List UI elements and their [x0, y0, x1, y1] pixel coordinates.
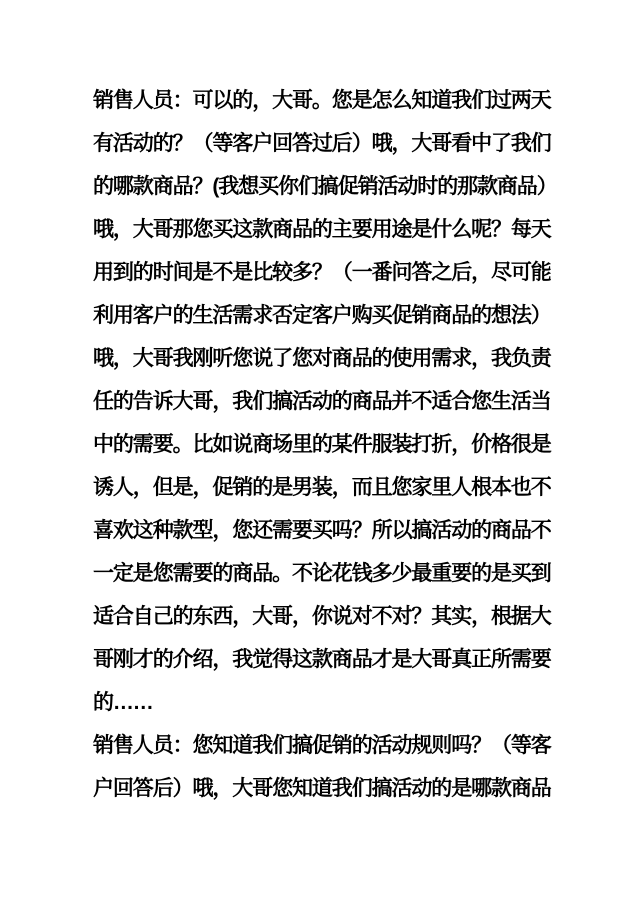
text-line: 利用客户的生活需求否定客户购买促销商品的想法）	[93, 294, 548, 337]
text-line: 中的需要。比如说商场里的某件服装打折，价格很是	[93, 423, 548, 466]
text-line: 喜欢这种款型，您还需要买吗？所以搞活动的商品不	[93, 509, 548, 552]
text-line: 有活动的？（等客户回答过后）哦，大哥看中了我们	[93, 122, 548, 165]
text-line: 的哪款商品？(我想买你们搞促销活动时的那款商品）	[93, 165, 548, 208]
text-line: 哦，大哥那您买这款商品的主要用途是什么呢？每天	[93, 208, 548, 251]
document-page: 销售人员：可以的，大哥。您是怎么知道我们过两天 有活动的？（等客户回答过后）哦，…	[0, 0, 640, 905]
text-line: 哦，大哥我刚听您说了您对商品的使用需求，我负责	[93, 337, 548, 380]
transcript-text-block: 销售人员：可以的，大哥。您是怎么知道我们过两天 有活动的？（等客户回答过后）哦，…	[93, 79, 548, 810]
text-line: 一定是您需要的商品。不论花钱多少最重要的是买到	[93, 552, 548, 595]
text-line: 适合自己的东西，大哥，你说对不对？其实，根据大	[93, 595, 548, 638]
text-line: 任的告诉大哥，我们搞活动的商品并不适合您生活当	[93, 380, 548, 423]
text-line: 的……	[93, 681, 548, 724]
text-line: 用到的时间是不是比较多？（一番问答之后，尽可能	[93, 251, 548, 294]
text-line: 户回答后）哦，大哥您知道我们搞活动的是哪款商品	[93, 767, 548, 810]
text-line: 销售人员：可以的，大哥。您是怎么知道我们过两天	[93, 79, 548, 122]
text-line: 哥刚才的介绍，我觉得这款商品才是大哥真正所需要	[93, 638, 548, 681]
text-line: 诱人，但是，促销的是男装，而且您家里人根本也不	[93, 466, 548, 509]
text-line: 销售人员：您知道我们搞促销的活动规则吗？（等客	[93, 724, 548, 767]
